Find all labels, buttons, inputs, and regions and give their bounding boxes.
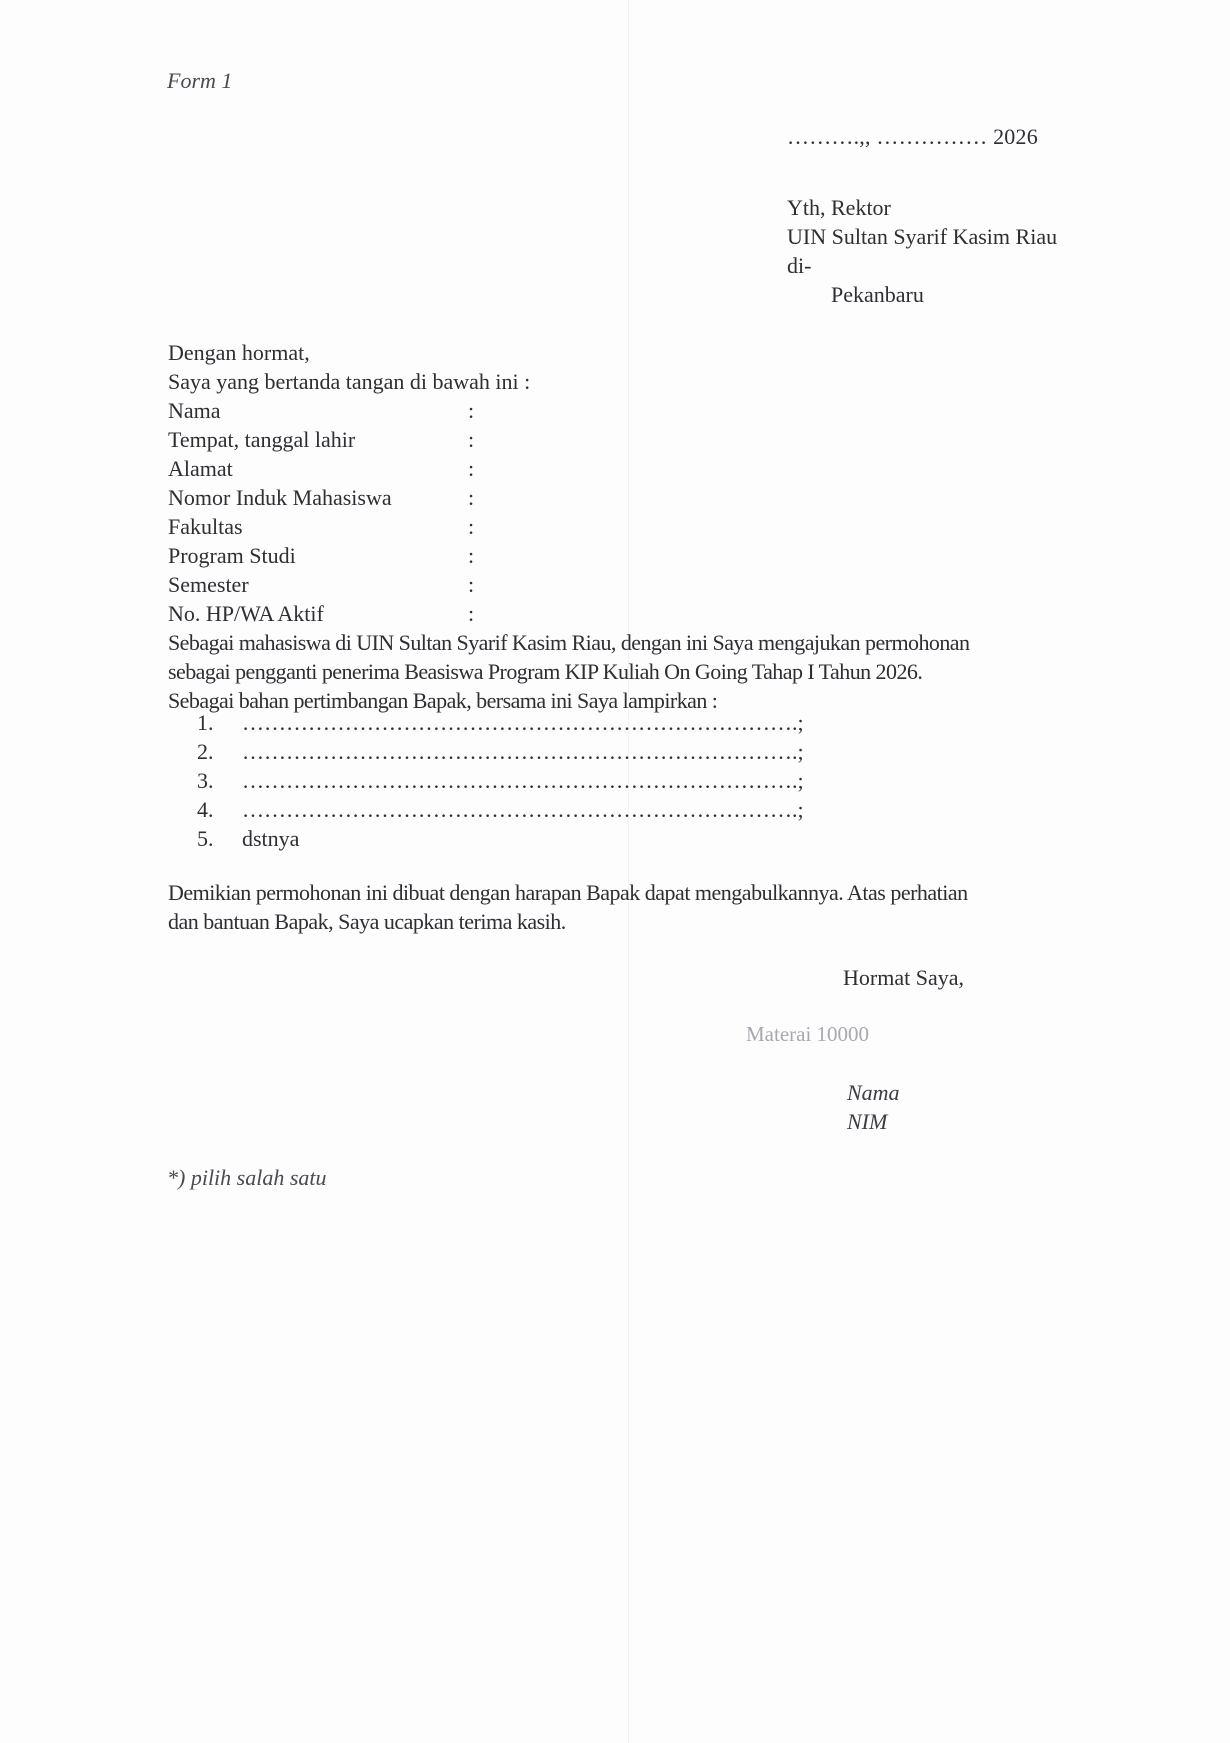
recipient-address: Yth, Rektor UIN Sultan Syarif Kasim Riau… [787,193,1057,309]
attachment-text: ………………………………………………………………….; [242,795,804,824]
attachment-number: 1. [197,708,242,737]
field-label: Semester [168,570,468,599]
field-label: Alamat [168,454,468,483]
field-label: Nama [168,396,468,425]
field-row: Nama: [168,396,969,425]
attachment-number: 2. [197,737,242,766]
field-row: No. HP/WA Aktif: [168,599,969,628]
field-label: Nomor Induk Mahasiswa [168,483,468,512]
identity-fields: Nama:Tempat, tanggal lahir:Alamat:Nomor … [168,396,969,628]
greeting: Dengan hormat, [168,338,969,367]
attachment-number: 5. [197,824,242,853]
request-paragraph: Sebagai mahasiswa di UIN Sultan Syarif K… [168,628,969,715]
closing-line-1: Demikian permohonan ini dibuat dengan ha… [168,878,968,907]
field-colon: : [468,512,488,541]
attachments-list: 1.………………………………………………………………….;2.………………………… [197,708,804,853]
field-colon: : [468,483,488,512]
recipient-di: di- [787,251,1057,280]
signature-nim: NIM [847,1107,900,1136]
stamp-placeholder: Materai 10000 [746,1022,869,1047]
field-row: Fakultas: [168,512,969,541]
field-colon: : [468,599,488,628]
attachment-text: ………………………………………………………………….; [242,737,804,766]
recipient-title: Yth, Rektor [787,193,1057,222]
attachment-text: ………………………………………………………………….; [242,708,804,737]
closing-line-2: dan bantuan Bapak, Saya ucapkan terima k… [168,907,968,936]
recipient-city: Pekanbaru [787,280,1057,309]
field-row: Tempat, tanggal lahir: [168,425,969,454]
recipient-institution: UIN Sultan Syarif Kasim Riau [787,222,1057,251]
field-row: Semester: [168,570,969,599]
field-label: No. HP/WA Aktif [168,599,468,628]
attachment-item: 1.………………………………………………………………….; [197,708,804,737]
field-colon: : [468,454,488,483]
field-colon: : [468,570,488,599]
request-line-2: sebagai pengganti penerima Beasiswa Prog… [168,657,969,686]
date-line: ……….,, …………… 2026 [787,124,1038,150]
attachment-text: dstnya [242,824,299,853]
field-colon: : [468,541,488,570]
attachment-item: 5.dstnya [197,824,804,853]
signature-greeting: Hormat Saya, [843,965,964,991]
field-row: Alamat: [168,454,969,483]
closing-paragraph: Demikian permohonan ini dibuat dengan ha… [168,878,968,936]
form-label: Form 1 [167,68,232,94]
signature-block: Nama NIM [847,1078,900,1136]
field-label: Fakultas [168,512,468,541]
field-colon: : [468,425,488,454]
letter-body: Dengan hormat, Saya yang bertanda tangan… [168,338,969,715]
intro-line: Saya yang bertanda tangan di bawah ini : [168,367,969,396]
field-colon: : [468,396,488,425]
field-row: Nomor Induk Mahasiswa: [168,483,969,512]
attachment-number: 4. [197,795,242,824]
field-row: Program Studi: [168,541,969,570]
attachment-item: 3.………………………………………………………………….; [197,766,804,795]
attachment-item: 4.………………………………………………………………….; [197,795,804,824]
request-line-1: Sebagai mahasiswa di UIN Sultan Syarif K… [168,628,969,657]
footnote: *) pilih salah satu [167,1165,327,1191]
attachment-text: ………………………………………………………………….; [242,766,804,795]
attachment-number: 3. [197,766,242,795]
scan-fold-line [628,0,629,1743]
field-label: Tempat, tanggal lahir [168,425,468,454]
signature-name: Nama [847,1078,900,1107]
attachment-item: 2.………………………………………………………………….; [197,737,804,766]
field-label: Program Studi [168,541,468,570]
